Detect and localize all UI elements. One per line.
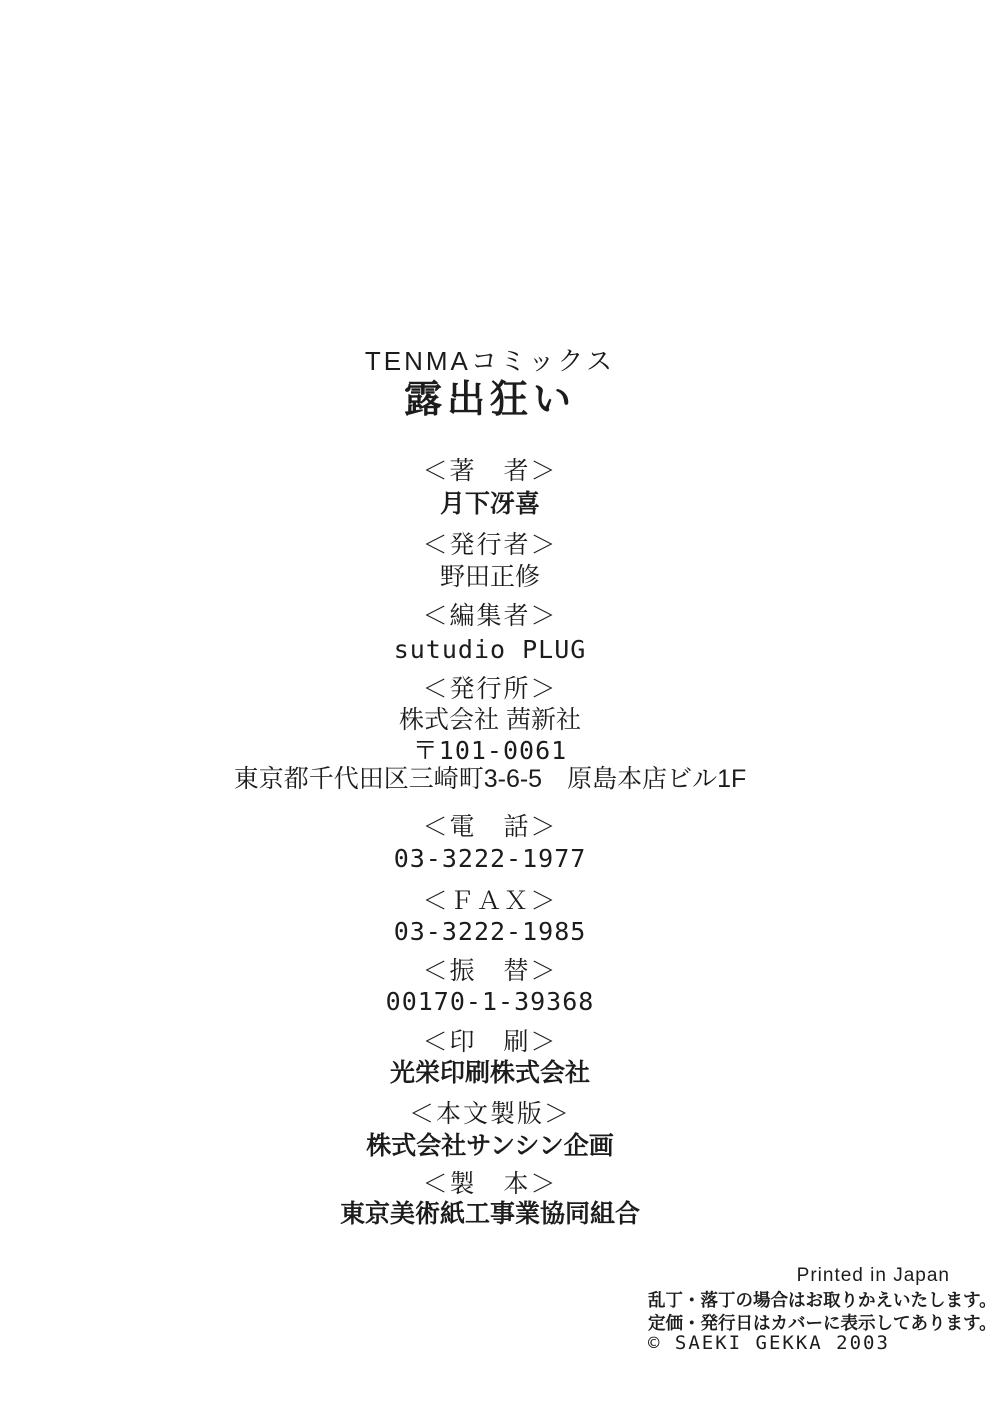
publisher-address: 東京都千代田区三崎町3-6-5 原島本店ビル1F [0, 766, 990, 794]
typesetting-label: ＜本文製版＞ [0, 1101, 990, 1129]
author-name: 月下冴喜 [0, 491, 990, 519]
fax-number: 03-3222-1985 [0, 918, 990, 946]
postal-transfer-number: 00170-1-39368 [0, 988, 990, 1016]
printed-in-japan: Printed in Japan [648, 1265, 950, 1287]
colophon-page: TENMAコミックス 露出狂い ＜著 者＞ 月下冴喜 ＜発行者＞ 野田正修 ＜編… [0, 0, 1000, 1419]
editor-label: ＜編集者＞ [0, 603, 990, 631]
series-name: TENMAコミックス [0, 347, 990, 376]
editor-name: sutudio PLUG [0, 636, 990, 664]
postal-code: 〒101-0061 [0, 737, 990, 765]
phone-label: ＜電 話＞ [0, 814, 990, 842]
copyright-line: © SAEKI GEKKA 2003 [648, 1333, 950, 1355]
postal-transfer-label: ＜振 替＞ [0, 958, 990, 986]
publisher-name: 野田正修 [0, 564, 990, 592]
author-label: ＜著 者＞ [0, 458, 990, 486]
printing-label: ＜印 刷＞ [0, 1029, 990, 1057]
fax-label: ＜ＦＡＸ＞ [0, 888, 990, 916]
publisher-label: ＜発行者＞ [0, 532, 990, 560]
printing-company: 光栄印刷株式会社 [0, 1060, 990, 1088]
binding-company: 東京美術紙工事業協同組合 [0, 1201, 990, 1229]
defect-notice: 乱丁・落丁の場合はお取りかえいたします。 [648, 1290, 950, 1310]
publishing-house-name: 株式会社 茜新社 [0, 707, 990, 735]
phone-number: 03-3222-1977 [0, 845, 990, 873]
book-title: 露出狂い [0, 380, 990, 422]
price-notice: 定価・発行日はカバーに表示してあります。 [648, 1313, 950, 1333]
binding-label: ＜製 本＞ [0, 1171, 990, 1199]
publishing-house-label: ＜発行所＞ [0, 676, 990, 704]
typesetting-company: 株式会社サンシン企画 [0, 1133, 990, 1161]
